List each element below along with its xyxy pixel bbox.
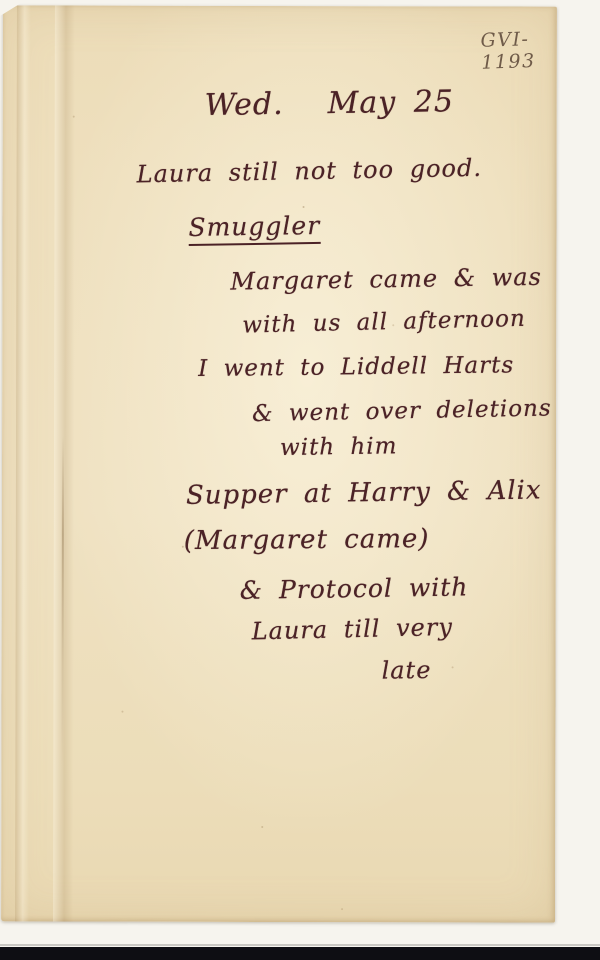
handwritten-line: with him [280, 433, 398, 461]
handwritten-line: Laura till very [251, 613, 453, 645]
binding-crease [15, 5, 31, 921]
entry-date: May 25 [327, 84, 454, 121]
entry-day: Wed. [205, 87, 284, 123]
handwritten-line: Laura still not too good. [136, 154, 482, 189]
entry-title-underlined: Smuggler [188, 211, 320, 246]
scanner-background: GVI-1193 Wed.May 25 Laura still not too … [0, 0, 600, 960]
handwritten-line: Supper at Harry & Alix [186, 475, 542, 510]
handwritten-line: Margaret came & was [230, 263, 542, 296]
scan-edge-line [0, 944, 600, 946]
paper-specks [303, 206, 305, 208]
catalog-number: GVI-1193 [480, 27, 557, 73]
handwritten-line: with us all afternoon [242, 306, 526, 339]
handwritten-line: I went to Liddell Harts [198, 352, 514, 382]
entry-heading: Wed.May 25 [205, 84, 455, 123]
scan-corner-wedge [0, 0, 26, 16]
scanner-bed-strip [0, 947, 600, 960]
handwritten-line: (Margaret came) [184, 524, 430, 556]
handwritten-line: & went over deletions [252, 395, 552, 427]
handwritten-line: & Protocol with [240, 572, 469, 605]
handwritten-line: late [381, 656, 431, 685]
diary-page: GVI-1193 Wed.May 25 Laura still not too … [1, 5, 557, 922]
